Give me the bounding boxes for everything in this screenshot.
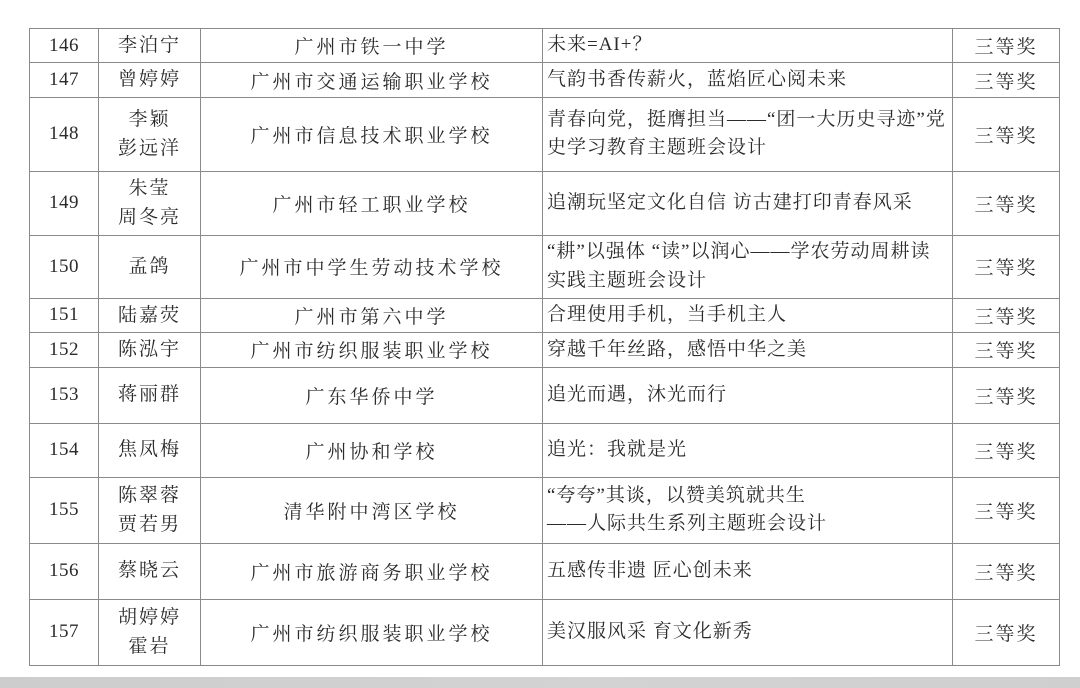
cell-entry-title: 追光：我就是光 <box>543 423 953 477</box>
cell-entry-title: “耕”以强体 “读”以润心——学农劳动周耕读实践主题班会设计 <box>543 235 953 298</box>
cell-name: 蒋丽群 <box>99 367 201 423</box>
cell-award: 三等奖 <box>953 477 1060 543</box>
cell-school: 广州市铁一中学 <box>201 29 543 63</box>
cell-award: 三等奖 <box>953 599 1060 665</box>
cell-number: 151 <box>30 298 99 332</box>
cell-name: 蔡晓云 <box>99 543 201 599</box>
cell-name: 朱莹 周冬亮 <box>99 171 201 235</box>
cell-award: 三等奖 <box>953 333 1060 367</box>
document-page: 146李泊宁广州市铁一中学未来=AI+？三等奖147曾婷婷广州市交通运输职业学校… <box>0 0 1080 688</box>
cell-award: 三等奖 <box>953 367 1060 423</box>
cell-number: 156 <box>30 543 99 599</box>
cell-number: 150 <box>30 235 99 298</box>
cell-number: 157 <box>30 599 99 665</box>
cell-number: 146 <box>30 29 99 63</box>
page-edge-shadow <box>0 677 1080 688</box>
cell-award: 三等奖 <box>953 97 1060 171</box>
cell-award: 三等奖 <box>953 171 1060 235</box>
cell-number: 148 <box>30 97 99 171</box>
table-row: 154焦凤梅广州协和学校追光：我就是光三等奖 <box>30 423 1060 477</box>
table-row: 149朱莹 周冬亮广州市轻工职业学校追潮玩坚定文化自信 访古建打印青春风采三等奖 <box>30 171 1060 235</box>
cell-name: 焦凤梅 <box>99 423 201 477</box>
cell-school: 广州市轻工职业学校 <box>201 171 543 235</box>
award-table-body: 146李泊宁广州市铁一中学未来=AI+？三等奖147曾婷婷广州市交通运输职业学校… <box>30 29 1060 666</box>
cell-award: 三等奖 <box>953 29 1060 63</box>
cell-entry-title: “夸夸”其谈，以赞美筑就共生 ——人际共生系列主题班会设计 <box>543 477 953 543</box>
table-row: 156蔡晓云广州市旅游商务职业学校五感传非遗 匠心创未来三等奖 <box>30 543 1060 599</box>
table-row: 151陆嘉荧广州市第六中学合理使用手机，当手机主人三等奖 <box>30 298 1060 332</box>
cell-school: 广州市第六中学 <box>201 298 543 332</box>
cell-name: 陆嘉荧 <box>99 298 201 332</box>
cell-award: 三等奖 <box>953 543 1060 599</box>
cell-school: 广州市纺织服装职业学校 <box>201 599 543 665</box>
cell-school: 广州市旅游商务职业学校 <box>201 543 543 599</box>
cell-name: 李泊宁 <box>99 29 201 63</box>
cell-name: 李颖 彭远洋 <box>99 97 201 171</box>
table-row: 146李泊宁广州市铁一中学未来=AI+？三等奖 <box>30 29 1060 63</box>
cell-entry-title: 美汉服风采 育文化新秀 <box>543 599 953 665</box>
award-table: 146李泊宁广州市铁一中学未来=AI+？三等奖147曾婷婷广州市交通运输职业学校… <box>29 28 1060 666</box>
cell-award: 三等奖 <box>953 235 1060 298</box>
cell-number: 153 <box>30 367 99 423</box>
cell-school: 广州市信息技术职业学校 <box>201 97 543 171</box>
table-row: 157胡婷婷 霍岩广州市纺织服装职业学校美汉服风采 育文化新秀三等奖 <box>30 599 1060 665</box>
cell-school: 广州市交通运输职业学校 <box>201 63 543 97</box>
cell-name: 陈泓宇 <box>99 333 201 367</box>
cell-school: 广东华侨中学 <box>201 367 543 423</box>
cell-number: 147 <box>30 63 99 97</box>
cell-name: 曾婷婷 <box>99 63 201 97</box>
cell-name: 孟鸽 <box>99 235 201 298</box>
table-row: 150孟鸽广州市中学生劳动技术学校“耕”以强体 “读”以润心——学农劳动周耕读实… <box>30 235 1060 298</box>
cell-name: 陈翠蓉 贾若男 <box>99 477 201 543</box>
cell-number: 155 <box>30 477 99 543</box>
cell-entry-title: 合理使用手机，当手机主人 <box>543 298 953 332</box>
cell-entry-title: 青春向党，挺膺担当——“团一大历史寻迹”党史学习教育主题班会设计 <box>543 97 953 171</box>
cell-award: 三等奖 <box>953 298 1060 332</box>
cell-entry-title: 穿越千年丝路，感悟中华之美 <box>543 333 953 367</box>
table-row: 147曾婷婷广州市交通运输职业学校气韵书香传薪火，蓝焰匠心阅未来三等奖 <box>30 63 1060 97</box>
cell-entry-title: 未来=AI+？ <box>543 29 953 63</box>
cell-award: 三等奖 <box>953 423 1060 477</box>
table-row: 153蒋丽群广东华侨中学追光而遇，沐光而行三等奖 <box>30 367 1060 423</box>
table-row: 148李颖 彭远洋广州市信息技术职业学校青春向党，挺膺担当——“团一大历史寻迹”… <box>30 97 1060 171</box>
cell-number: 152 <box>30 333 99 367</box>
cell-number: 154 <box>30 423 99 477</box>
cell-entry-title: 追潮玩坚定文化自信 访古建打印青春风采 <box>543 171 953 235</box>
cell-school: 广州协和学校 <box>201 423 543 477</box>
cell-entry-title: 五感传非遗 匠心创未来 <box>543 543 953 599</box>
cell-award: 三等奖 <box>953 63 1060 97</box>
cell-entry-title: 气韵书香传薪火，蓝焰匠心阅未来 <box>543 63 953 97</box>
cell-entry-title: 追光而遇，沐光而行 <box>543 367 953 423</box>
cell-number: 149 <box>30 171 99 235</box>
table-row: 152陈泓宇广州市纺织服装职业学校穿越千年丝路，感悟中华之美三等奖 <box>30 333 1060 367</box>
table-row: 155陈翠蓉 贾若男清华附中湾区学校“夸夸”其谈，以赞美筑就共生 ——人际共生系… <box>30 477 1060 543</box>
cell-school: 广州市纺织服装职业学校 <box>201 333 543 367</box>
cell-name: 胡婷婷 霍岩 <box>99 599 201 665</box>
cell-school: 清华附中湾区学校 <box>201 477 543 543</box>
cell-school: 广州市中学生劳动技术学校 <box>201 235 543 298</box>
